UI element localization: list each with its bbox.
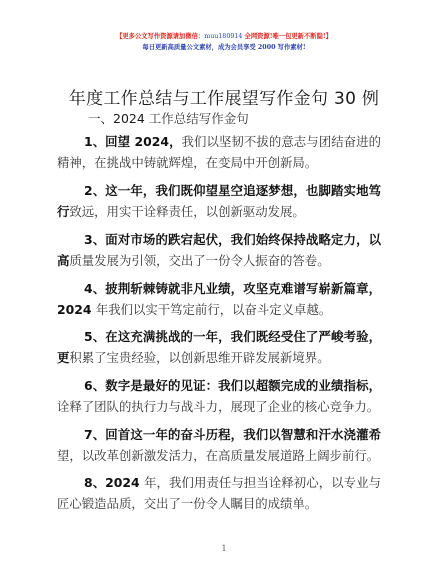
list-item: 1、回望 2024，我们以坚韧不拔的意志与团结奋进的精神，在挑战中铸就辉煌，在变… bbox=[57, 131, 381, 173]
item-lead: 7、回首这一年的奋斗历程，我们以智慧和汗水浇灌希 bbox=[84, 427, 381, 442]
list-item: 6、数字是最好的见证：我们以超额完成的业绩指标，诠释了团队的执行力与战斗力，展现… bbox=[57, 375, 381, 417]
list-item: 4、披荆斩棘铸就非凡业绩，攻坚克难谱写崭新篇章，2024 年我们以实干笃定前行，… bbox=[57, 278, 381, 320]
list-item: 2、这一年，我们既仰望星空追逐梦想，也脚踏实地笃行致远，用实干诠释责任，以创新驱… bbox=[57, 180, 381, 222]
item-body: 年我们以实干笃定前行，以奋斗定义卓越。 bbox=[96, 302, 331, 317]
list-item: 3、面对市场的跌宕起伏，我们始终保持战略定力，以高质量发展为引领，交出了一份令人… bbox=[57, 229, 381, 271]
item-lead: 6、数字是最好的见证：我们以超额完成的业绩指标， bbox=[84, 378, 381, 393]
promo-suffix: 全网资源!唯一包更新不断隐!】 bbox=[242, 33, 332, 40]
section-heading: 一、2024 工作总结写作金句 bbox=[88, 109, 249, 127]
page-number: 1 bbox=[0, 544, 448, 553]
section-label: 工作总结写作金句 bbox=[149, 111, 249, 126]
item-body: 积累了宝贵经验，以创新思维开辟发展新境界。 bbox=[69, 350, 329, 365]
header-promo-line-1: 【更多公文写作资源请加微信：muu180914 全网资源!唯一包更新不断隐!】 bbox=[0, 31, 448, 40]
item-lead: 1、回望 2024， bbox=[84, 134, 182, 149]
item-lead: 8、2024 bbox=[84, 475, 144, 490]
promo-prefix: 【更多公文写作资源请加微信： bbox=[116, 33, 204, 40]
list-item: 5、在这充满挑战的一年，我们既经受住了严峻考验，更积累了宝贵经验，以创新思维开辟… bbox=[57, 326, 381, 368]
list-item: 7、回首这一年的奋斗历程，我们以智慧和汗水浇灌希望，以改革创新激发活力，在高质量… bbox=[57, 424, 381, 466]
wechat-id: muu180914 bbox=[204, 33, 242, 40]
item-body: 望，以改革创新激发活力，在高质量发展道路上阔步前行。 bbox=[57, 448, 379, 463]
section-number: 一、2024 bbox=[88, 111, 149, 126]
item-body: 诠释了团队的执行力与战斗力，展现了企业的核心竞争力。 bbox=[57, 399, 379, 414]
document-title: 年度工作总结与工作展望写作金句 30 例 bbox=[0, 84, 448, 109]
header-promo-line-2: 每日更新高质量公文素材，成为会员享受 2000 写作素材! bbox=[0, 42, 448, 51]
document-page: 【更多公文写作资源请加微信：muu180914 全网资源!唯一包更新不断隐!】 … bbox=[0, 0, 448, 580]
item-body: 致远，用实干诠释责任，以创新驱动发展。 bbox=[69, 204, 304, 219]
list-item: 8、2024 年，我们用责任与担当诠释初心，以专业与匠心锻造品质，交出了一份令人… bbox=[57, 472, 381, 514]
item-body: 质量发展为引领，交出了一份令人振奋的答卷。 bbox=[69, 253, 329, 268]
